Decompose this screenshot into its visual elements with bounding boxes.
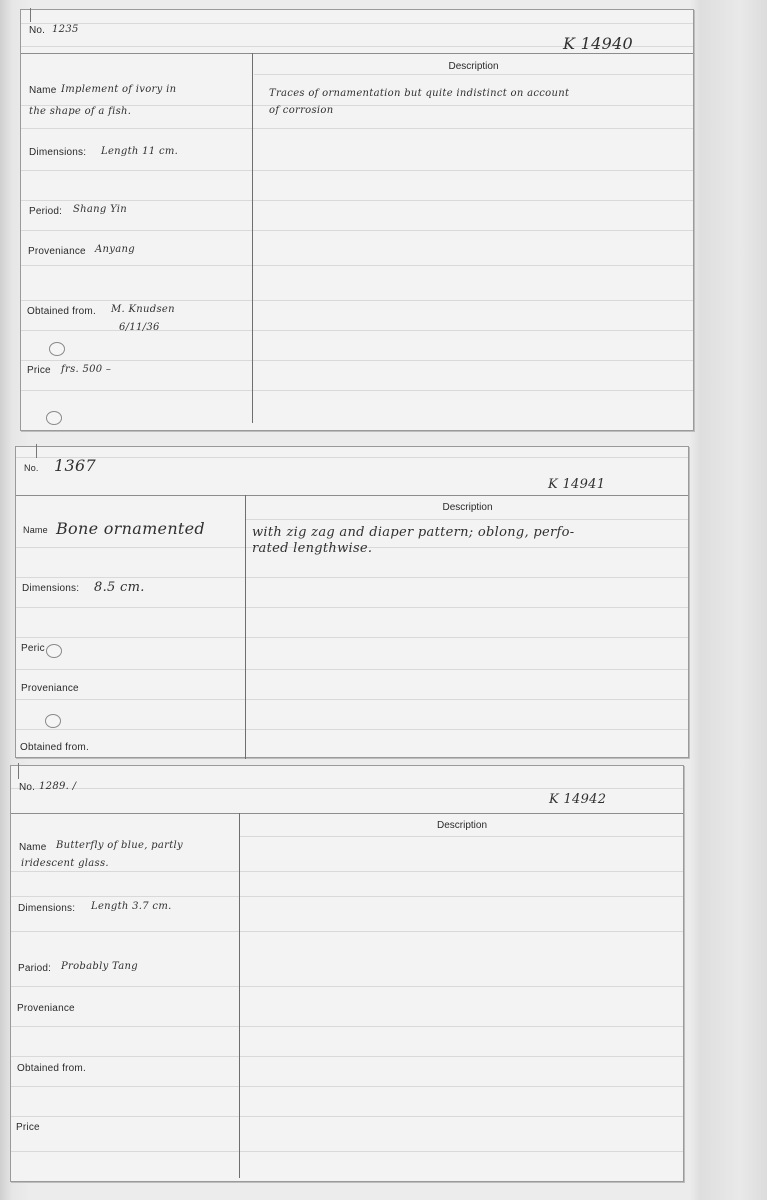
number-label: No. [19, 782, 35, 793]
price-label: Price [16, 1122, 40, 1133]
card-number: 1235 [52, 24, 79, 35]
name-label: Name [29, 85, 56, 96]
price-label: Price [27, 365, 51, 376]
punch-hole [49, 342, 65, 356]
provenance-label: Proveniance [21, 683, 79, 694]
pencil-tick [30, 8, 31, 22]
description-line-2: of corrosion [269, 105, 334, 116]
catalog-id: K 14940 [563, 34, 633, 53]
dimensions-value: Length 11 cm. [101, 146, 178, 157]
obtained-from-label: Obtained from. [20, 742, 89, 753]
provenance-label: Proveniance [28, 246, 86, 257]
description-header: Description [245, 502, 690, 513]
dimensions-label: Dimensions: [18, 903, 75, 914]
description-line-2: rated lengthwise. [252, 541, 372, 556]
catalog-id: K 14942 [549, 792, 606, 807]
obtained-date: 6/11/36 [119, 322, 160, 333]
catalog-card-1: No. 1235 K 14940 Description Traces of o… [20, 9, 694, 431]
name-value-line-1: Bone ornamented [56, 519, 205, 538]
catalog-id: K 14941 [548, 477, 605, 492]
name-value-line-1: Implement of ivory in [61, 84, 176, 95]
name-value-line-2: the shape of a fish. [29, 106, 131, 117]
obtained-from-label: Obtained from. [27, 306, 96, 317]
dimensions-value: Length 3.7 cm. [91, 901, 172, 912]
pencil-tick [36, 444, 37, 458]
dimensions-value: 8.5 cm. [94, 580, 145, 595]
name-value-line-1: Butterfly of blue, partly [56, 840, 183, 851]
period-label: Period: [29, 206, 62, 217]
number-label: No. [29, 25, 45, 36]
punch-hole [46, 644, 62, 658]
period-value: Shang Yin [73, 204, 127, 215]
punch-hole [45, 714, 61, 728]
catalog-card-2: No. 1367 K 14941 Description with zig za… [15, 446, 689, 758]
period-value: Probably Tang [61, 961, 138, 972]
period-label: Pariod: [18, 963, 51, 974]
pencil-tick [18, 763, 19, 779]
number-label: No. [24, 463, 39, 473]
provenance-value: Anyang [95, 244, 135, 255]
description-header: Description [252, 61, 695, 72]
price-value: frs. 500 – [61, 364, 111, 375]
obtained-from-label: Obtained from. [17, 1063, 86, 1074]
description-header: Description [239, 820, 685, 831]
provenance-label: Proveniance [17, 1003, 75, 1014]
card-number: 1289. / [39, 781, 76, 792]
description-line-1: with zig zag and diaper pattern; oblong,… [252, 525, 574, 540]
obtained-from-value: M. Knudsen [111, 304, 175, 315]
dimensions-label: Dimensions: [29, 147, 86, 158]
punch-hole [46, 411, 62, 425]
name-label: Name [19, 842, 46, 853]
name-label: Name [23, 525, 48, 535]
dimensions-label: Dimensions: [22, 583, 79, 594]
name-value-line-2: iridescent glass. [21, 858, 109, 869]
card-number: 1367 [54, 456, 96, 475]
description-line-1: Traces of ornamentation but quite indist… [269, 88, 569, 99]
catalog-card-3: No. 1289. / K 14942 Description Name But… [10, 765, 684, 1182]
period-label: Peric [21, 643, 45, 654]
